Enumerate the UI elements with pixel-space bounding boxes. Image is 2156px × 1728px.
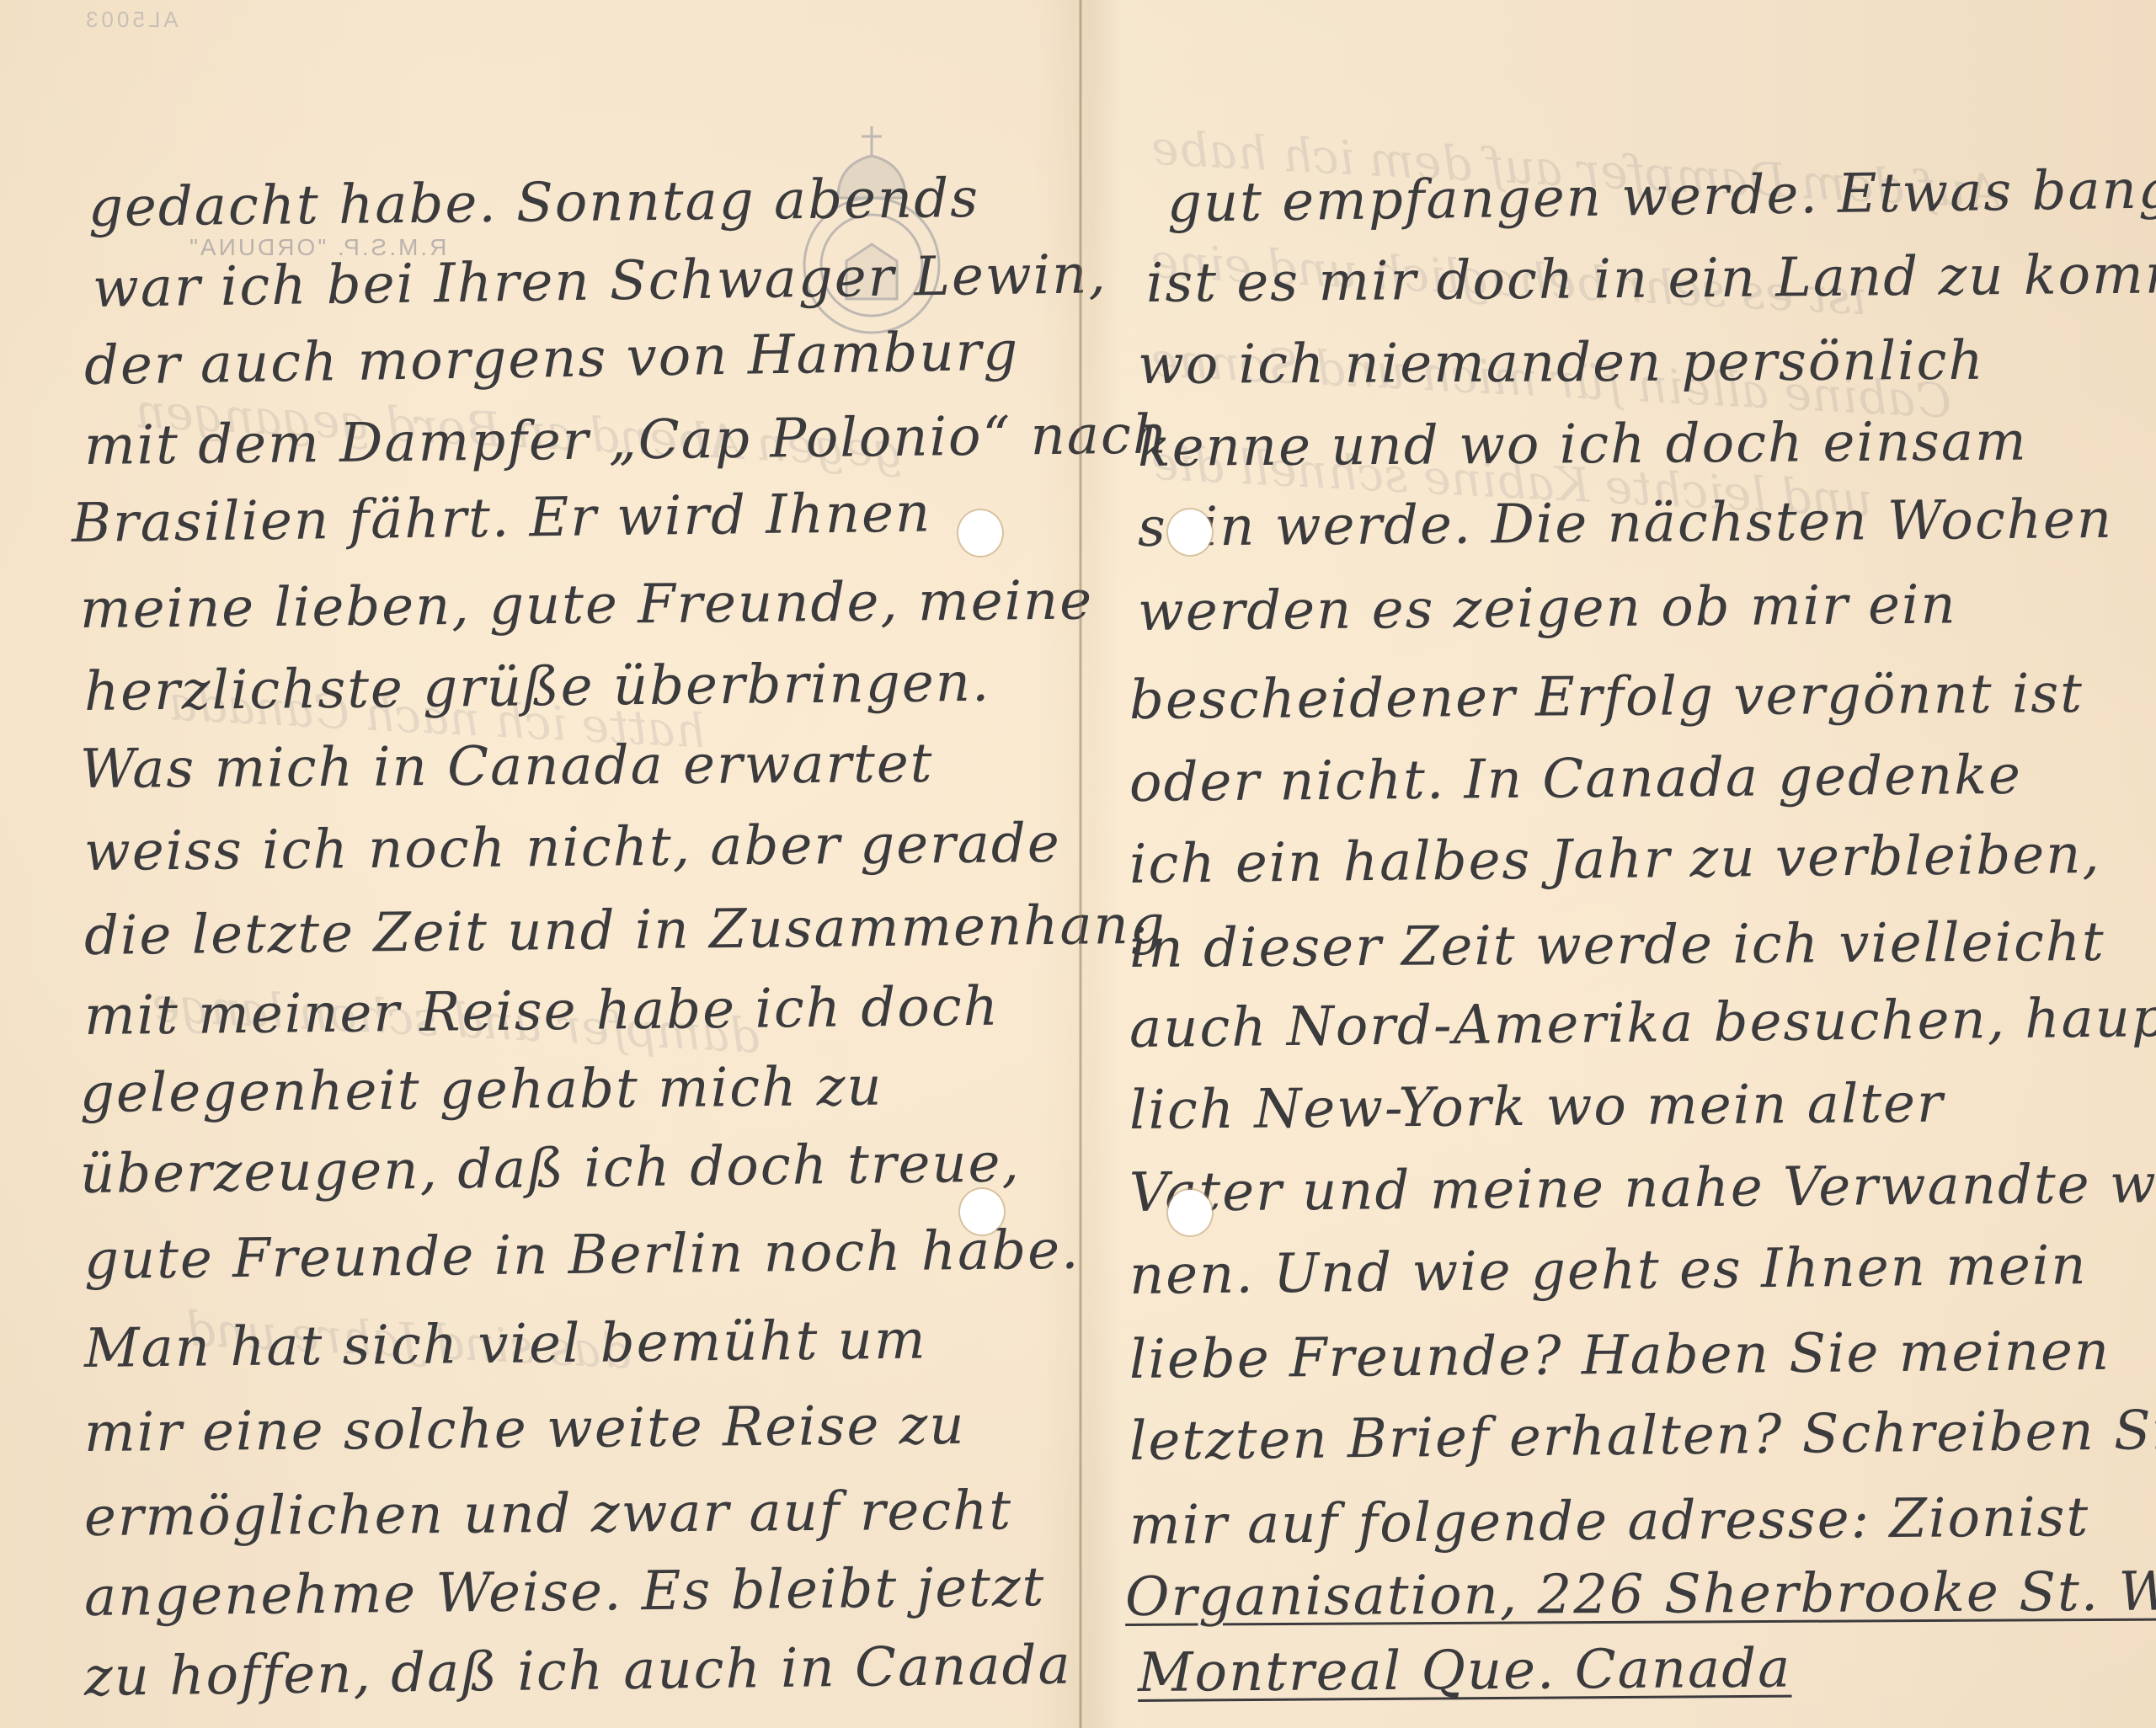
text-line: mir eine solche weite Reise zu [84,1395,966,1464]
page-fold [1079,0,1082,1728]
letter-scan: AL5003 R.M.S.P. "ORDUNA" gegen Abend an … [0,0,2156,1728]
text-line: überzeugen, daß ich doch treue, [80,1132,1022,1206]
text-line: gedacht habe. Sonntag abends [88,168,980,239]
text-line: mit meiner Reise habe ich doch [84,976,1001,1048]
text-line: kenne und wo ich doch einsam [1138,411,2028,479]
address-line: Montreal Que. Canada [1138,1638,1792,1704]
text-line: liebe Freunde? Haben Sie meinen [1129,1320,2111,1391]
right-page: Auf dem Dampfer auf dem ich habe ist es … [1083,0,2156,1728]
text-line: gut empfangen werde. Etwas bange [1166,158,2156,235]
text-line: gelegenheit gehabt mich zu [80,1056,883,1125]
left-page: AL5003 R.M.S.P. "ORDUNA" gegen Abend an … [0,0,1080,1728]
text-line: letzten Brief erhalten? Schreiben Sie [1129,1400,2156,1473]
text-line: in dieser Zeit werde ich vielleicht [1129,911,2105,980]
text-line: mit dem Dampfer „Cap Polonio“ nach [84,404,1170,477]
text-line: der auch morgens von Hamburg [83,321,1019,397]
text-line: auch Nord-Amerika besuchen, hauptsäch- [1129,985,2156,1060]
text-line: werden es zeigen ob mir ein [1138,574,1957,643]
text-line: wo ich niemanden persönlich [1138,330,1985,397]
text-line: Man hat sich viel bemüht um [84,1309,927,1380]
text-line: weiss ich noch nicht, aber gerade [84,813,1061,883]
text-line: Was mich in Canada erwartet [80,733,934,801]
text-line: die letzte Zeit und in Zusammenhang [84,894,1166,968]
text-line: lich New-York wo mein alter [1129,1073,1945,1142]
text-line: nen. Und wie geht es Ihnen mein [1129,1235,2088,1307]
text-line: ermöglichen und zwar auf recht [84,1480,1013,1549]
text-line: zu hoffen, daß ich auch in Canada [84,1635,1073,1709]
text-line: sein werde. Die nächsten Wochen [1138,488,2114,559]
punch-hole [960,1189,1004,1235]
punch-hole [958,510,1002,556]
text-line: war ich bei Ihren Schwager Lewin, [92,243,1107,320]
text-line: gute Freunde in Berlin noch habe. [84,1219,1081,1292]
text-line: angenehme Weise. Es bleibt jetzt [84,1556,1046,1629]
text-line: herzlichste grüße überbringen. [84,652,991,723]
text-line: oder nicht. In Canada gedenke [1129,744,2022,814]
text-line: bescheidener Erfolg vergönnt ist [1129,663,2084,732]
punch-hole [1168,1190,1212,1235]
punch-hole [1168,509,1212,555]
text-line: Brasilien fährt. Er wird Ihnen [72,483,932,555]
address-line: Organisation, 226 Sherbrooke St. West [1125,1560,2156,1629]
address-line: mir auf folgende adresse: Zionist [1129,1486,2090,1557]
text-line: ist es mir doch in ein Land zu kommen [1146,243,2156,315]
text-line: Vater und meine nahe Verwandte woh- [1129,1152,2156,1224]
text-line: meine lieben, gute Freunde, meine [80,570,1094,641]
right-page-text: gut empfangen werde. Etwas bange ist es … [1083,0,2156,1728]
left-page-text: gedacht habe. Sonntag abends war ich bei… [0,0,1080,1728]
text-line: ich ein halbes Jahr zu verbleiben, [1129,824,2101,896]
